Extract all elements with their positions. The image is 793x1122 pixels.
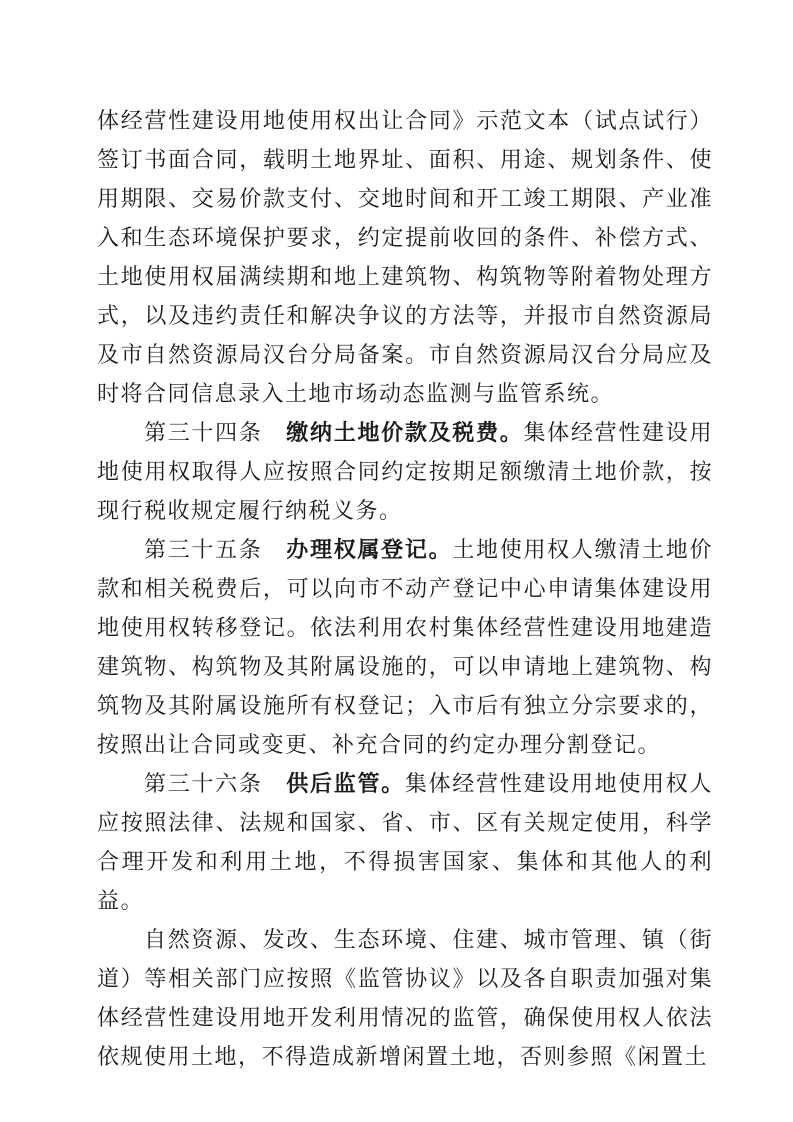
body-text: 自然资源、发改、生态环境、住建、城市管理、镇（街道）等相关部门应按照《监管协议》… bbox=[97, 927, 713, 1069]
body-text: 土地使用权人缴清土地价款和相关税费后，可以向市不动产登记中心申请集体建设用地使用… bbox=[97, 537, 713, 757]
paragraph-continuation: 体经营性建设用地使用权出让合同》示范文本（试点试行）签订书面合同，载明土地界址、… bbox=[97, 101, 713, 413]
paragraph-supervision: 自然资源、发改、生态环境、住建、城市管理、镇（街道）等相关部门应按照《监管协议》… bbox=[97, 920, 713, 1076]
body-text: 体经营性建设用地使用权出让合同》示范文本（试点试行）签订书面合同，载明土地界址、… bbox=[97, 108, 713, 406]
paragraph-article-34: 第三十四条 缴纳土地价款及税费。集体经营性建设用地使用权取得人应按照合同约定按期… bbox=[97, 413, 713, 530]
article-title: 办理权属登记。 bbox=[286, 537, 452, 562]
article-number: 第三十六条 bbox=[144, 771, 286, 796]
article-title: 供后监管。 bbox=[286, 771, 405, 796]
article-number: 第三十五条 bbox=[144, 537, 286, 562]
paragraph-article-35: 第三十五条 办理权属登记。土地使用权人缴清土地价款和相关税费后，可以向市不动产登… bbox=[97, 530, 713, 764]
document-text-block: 体经营性建设用地使用权出让合同》示范文本（试点试行）签订书面合同，载明土地界址、… bbox=[97, 101, 713, 1076]
article-number: 第三十四条 bbox=[144, 420, 286, 445]
paragraph-article-36: 第三十六条 供后监管。集体经营性建设用地使用权人应按照法律、法规和国家、省、市、… bbox=[97, 764, 713, 920]
document-page: 体经营性建设用地使用权出让合同》示范文本（试点试行）签订书面合同，载明土地界址、… bbox=[0, 0, 793, 1122]
article-title: 缴纳土地价款及税费。 bbox=[286, 420, 523, 445]
